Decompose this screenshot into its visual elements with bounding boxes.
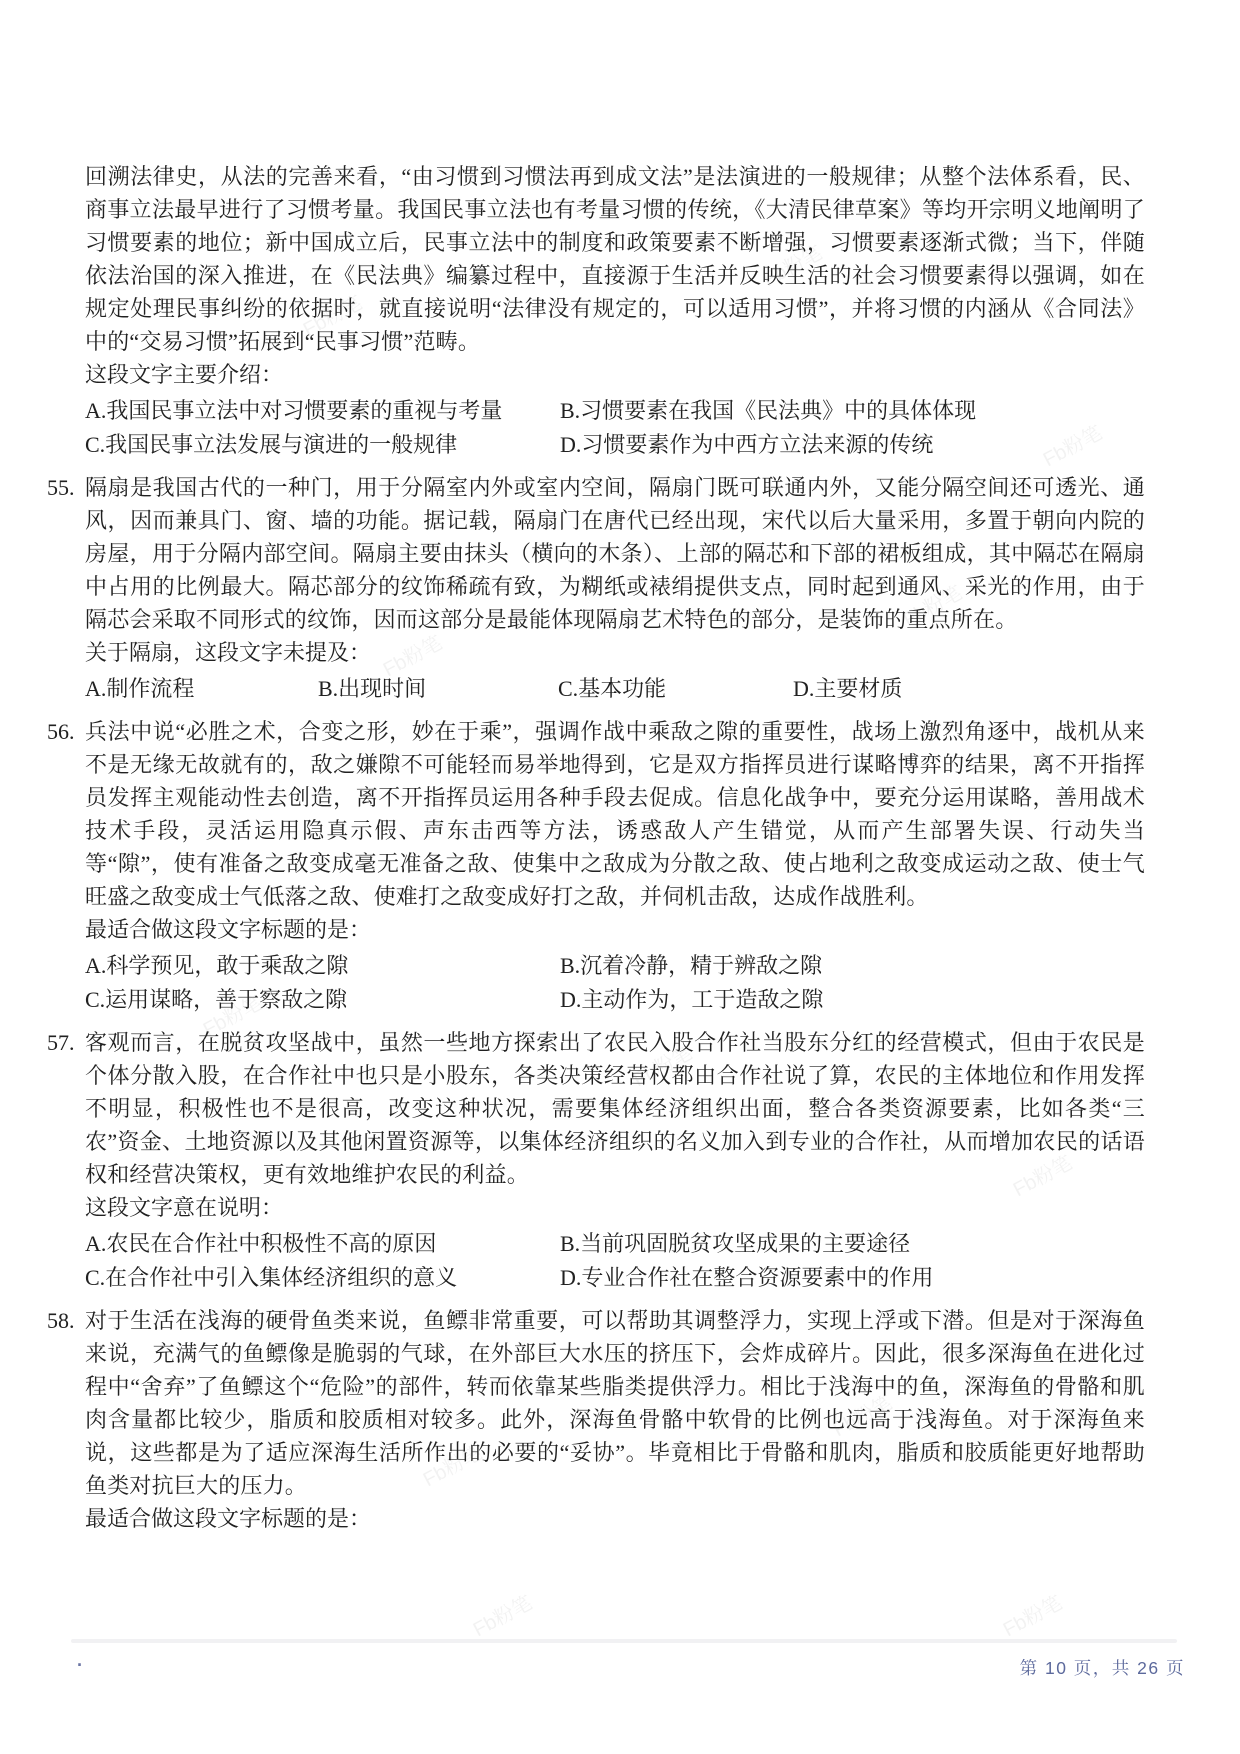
watermark-text: Fb粉笔 <box>467 1587 537 1642</box>
option-a: A.制作流程 <box>85 672 318 706</box>
passage-row: 58. 对于生活在浅海的硬骨鱼类来说，鱼鳔非常重要，可以帮助其调整浮力，实现上浮… <box>85 1304 1145 1502</box>
question-number: 56. <box>47 715 75 748</box>
passage-text: 回溯法律史，从法的完善来看，“由习惯到习惯法再到成文法”是法演进的一般规律；从整… <box>85 160 1145 358</box>
question-58: 58. 对于生活在浅海的硬骨鱼类来说，鱼鳔非常重要，可以帮助其调整浮力，实现上浮… <box>85 1304 1145 1535</box>
footer-divider <box>71 1639 1177 1643</box>
question-54-continuation: 回溯法律史，从法的完善来看，“由习惯到习惯法再到成文法”是法演进的一般规律；从整… <box>85 160 1145 462</box>
passage-row: 回溯法律史，从法的完善来看，“由习惯到习惯法再到成文法”是法演进的一般规律；从整… <box>85 160 1145 358</box>
question-55: 55. 隔扇是我国古代的一种门，用于分隔室内外或室内空间，隔扇门既可联通内外，又… <box>85 471 1145 706</box>
question-number: 55. <box>47 471 75 504</box>
options-grid: A.制作流程 B.出现时间 C.基本功能 D.主要材质 <box>85 672 1145 706</box>
option-a: A.我国民事立法中对习惯要素的重视与考量 <box>85 394 560 428</box>
option-c: C.我国民事立法发展与演进的一般规律 <box>85 428 560 462</box>
passage-row: 55. 隔扇是我国古代的一种门，用于分隔室内外或室内空间，隔扇门既可联通内外，又… <box>85 471 1145 636</box>
question-prompt: 最适合做这段文字标题的是： <box>85 913 1145 946</box>
option-c: C.基本功能 <box>558 672 793 706</box>
footer-bullet: · <box>77 1656 83 1674</box>
options-grid: A.农民在合作社中积极性不高的原因 B.当前巩固脱贫攻坚成果的主要途径 C.在合… <box>85 1227 1145 1295</box>
exam-content: 回溯法律史，从法的完善来看，“由习惯到习惯法再到成文法”是法演进的一般规律；从整… <box>85 160 1145 1544</box>
passage-text: 隔扇是我国古代的一种门，用于分隔室内外或室内空间，隔扇门既可联通内外，又能分隔空… <box>85 471 1145 636</box>
question-57: 57. 客观而言，在脱贫攻坚战中，虽然一些地方探索出了农民入股合作社当股东分红的… <box>85 1026 1145 1295</box>
option-a: A.科学预见，敢于乘敌之隙 <box>85 949 560 983</box>
option-b: B.沉着冷静，精于辨敌之隙 <box>560 949 1145 983</box>
options-grid: A.科学预见，敢于乘敌之隙 B.沉着冷静，精于辨敌之隙 C.运用谋略，善于察敌之… <box>85 949 1145 1017</box>
question-prompt: 最适合做这段文字标题的是： <box>85 1502 1145 1535</box>
page-number: 第 10 页，共 26 页 <box>1020 1655 1185 1680</box>
passage-row: 56. 兵法中说“必胜之术，合变之形，妙在于乘”，强调作战中乘敌之隙的重要性，战… <box>85 715 1145 913</box>
option-b: B.出现时间 <box>318 672 558 706</box>
watermark-text: Fb粉笔 <box>997 1587 1067 1642</box>
option-d: D.主动作为，工于造敌之隙 <box>560 983 1145 1017</box>
question-prompt: 这段文字意在说明： <box>85 1191 1145 1224</box>
document-page: Fb粉笔Fb粉笔Fb粉笔Fb粉笔Fb粉笔Fb粉笔Fb粉笔Fb粉笔Fb粉笔Fb粉笔… <box>0 0 1240 1754</box>
question-prompt: 关于隔扇，这段文字未提及： <box>85 636 1145 669</box>
option-b: B.习惯要素在我国《民法典》中的具体体现 <box>560 394 1145 428</box>
option-d: D.专业合作社在整合资源要素中的作用 <box>560 1261 1145 1295</box>
passage-text: 兵法中说“必胜之术，合变之形，妙在于乘”，强调作战中乘敌之隙的重要性，战场上激烈… <box>85 715 1145 913</box>
passage-text: 客观而言，在脱贫攻坚战中，虽然一些地方探索出了农民入股合作社当股东分红的经营模式… <box>85 1026 1145 1191</box>
option-d: D.主要材质 <box>793 672 1145 706</box>
option-a: A.农民在合作社中积极性不高的原因 <box>85 1227 560 1261</box>
option-c: C.运用谋略，善于察敌之隙 <box>85 983 560 1017</box>
option-c: C.在合作社中引入集体经济组织的意义 <box>85 1261 560 1295</box>
options-grid: A.我国民事立法中对习惯要素的重视与考量 B.习惯要素在我国《民法典》中的具体体… <box>85 394 1145 462</box>
option-d: D.习惯要素作为中西方立法来源的传统 <box>560 428 1145 462</box>
question-number: 57. <box>47 1026 75 1059</box>
passage-row: 57. 客观而言，在脱贫攻坚战中，虽然一些地方探索出了农民入股合作社当股东分红的… <box>85 1026 1145 1191</box>
passage-text: 对于生活在浅海的硬骨鱼类来说，鱼鳔非常重要，可以帮助其调整浮力，实现上浮或下潜。… <box>85 1304 1145 1502</box>
question-prompt: 这段文字主要介绍： <box>85 358 1145 391</box>
question-number: 58. <box>47 1304 75 1337</box>
option-b: B.当前巩固脱贫攻坚成果的主要途径 <box>560 1227 1145 1261</box>
question-56: 56. 兵法中说“必胜之术，合变之形，妙在于乘”，强调作战中乘敌之隙的重要性，战… <box>85 715 1145 1017</box>
